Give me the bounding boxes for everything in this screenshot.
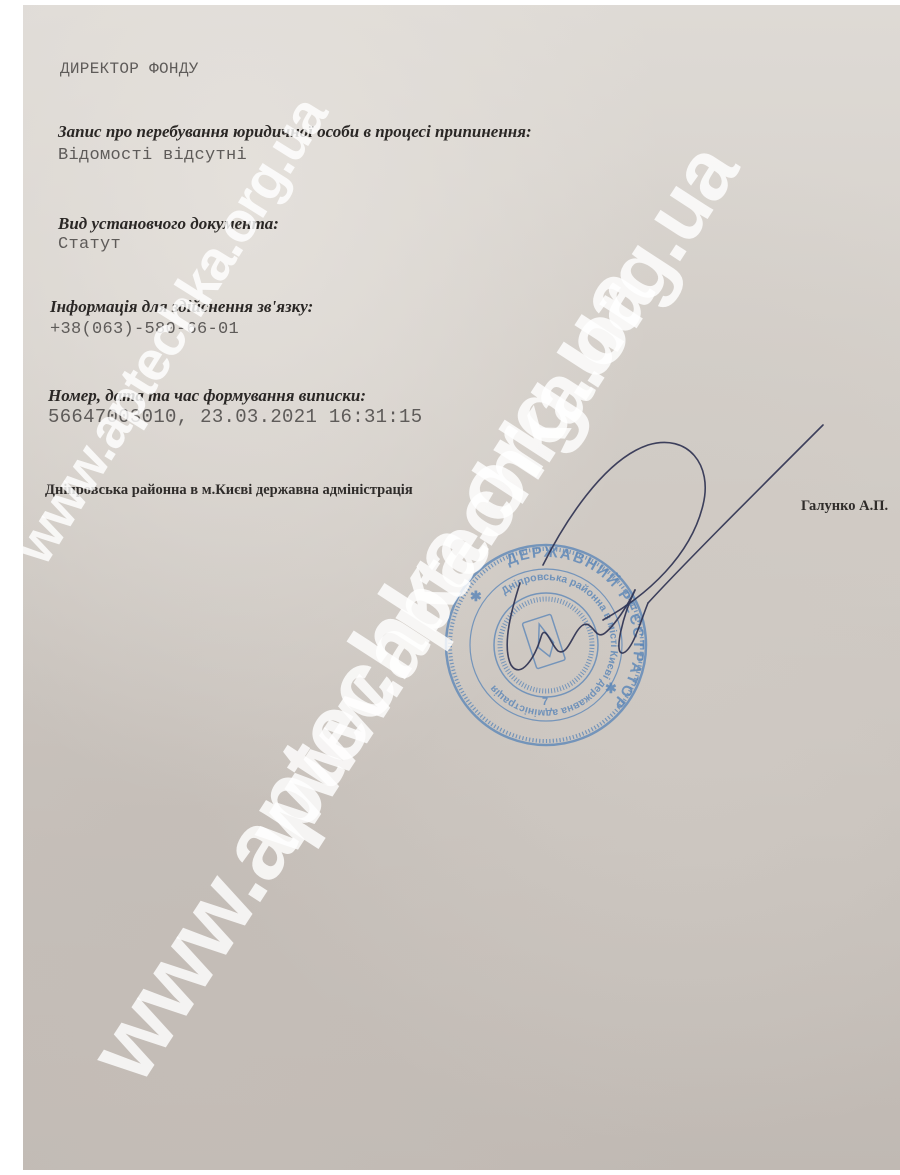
document-page: ДИРЕКТОР ФОНДУ Запис про перебування юри… [23,5,900,1170]
handwritten-signature [23,5,900,1170]
